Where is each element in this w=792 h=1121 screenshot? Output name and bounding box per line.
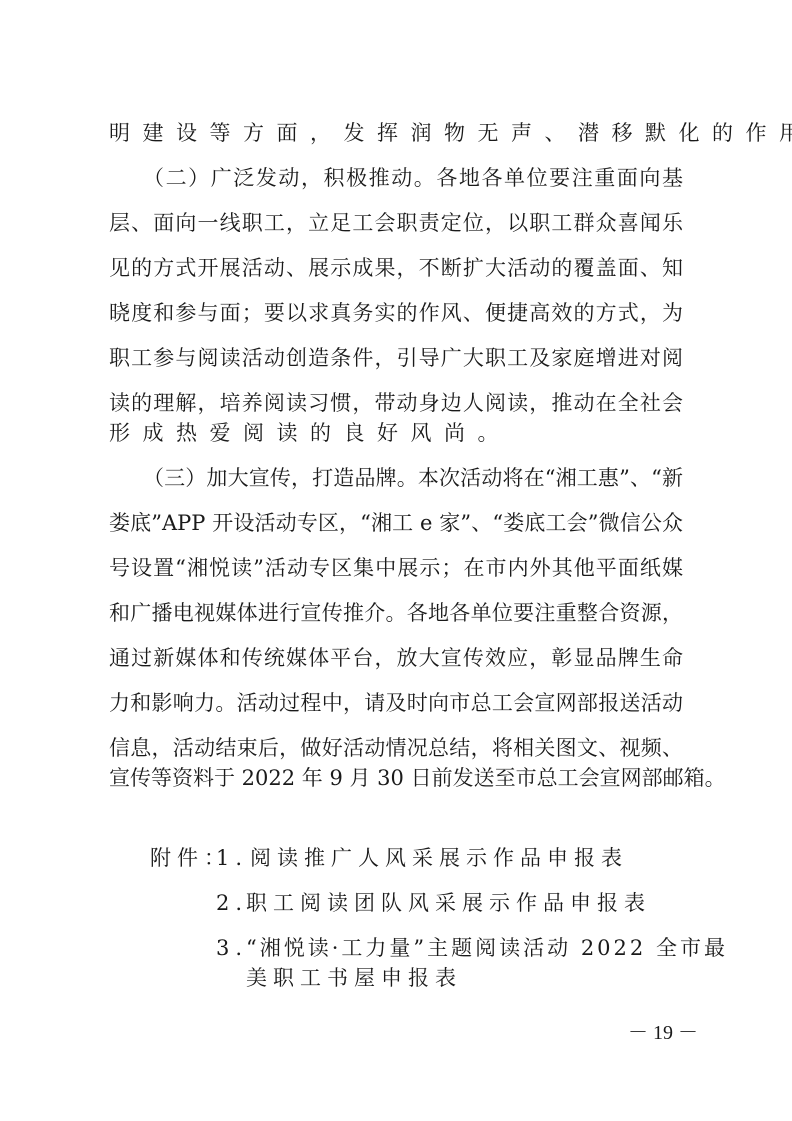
attachment-title: 职工阅读团队风采展示作品申报表: [246, 888, 651, 918]
paragraph-line: 明建设等方面，发挥润物无声、潜移默化的作用。: [109, 118, 683, 148]
paragraph-line: 职工参与阅读活动创造条件，引导广大职工及家庭增进对阅: [109, 343, 683, 373]
paragraph-line: 力和影响力。活动过程中，请及时向市总工会宣网部报送活动: [109, 688, 683, 718]
paragraph-line: 娄底”APP 开设活动专区，“湘工 e 家”、“娄底工会”微信公众: [109, 508, 683, 538]
paragraph-line: 信息，活动结束后，做好活动情况总结，将相关图文、视频、: [109, 733, 683, 763]
paragraph-line: 读的理解，培养阅读习惯，带动身边人阅读，推动在全社会: [109, 388, 683, 418]
paragraph-line: 见的方式开展活动、展示成果，不断扩大活动的覆盖面、知: [109, 253, 683, 283]
paragraph-line: 宣传等资料于 2022 年 9 月 30 日前发送至市总工会宣网部邮箱。: [109, 763, 683, 793]
paragraph-line: 通过新媒体和传统媒体平台，放大宣传效应，彰显品牌生命: [109, 643, 683, 673]
attachment-number: 2.: [216, 888, 248, 918]
document-page: 明建设等方面，发挥润物无声、潜移默化的作用。 （二）广泛发动，积极推动。各地各单…: [0, 0, 792, 1121]
section-2-heading-line: （二）广泛发动，积极推动。各地各单位要注重面向基: [143, 163, 683, 193]
attachment-number: 1.: [216, 843, 248, 873]
attachment-title-continued: 美职工书屋申报表: [246, 963, 462, 993]
paragraph-line: 号设置“湘悦读”活动专区集中展示；在市内外其他平面纸媒: [109, 553, 683, 583]
paragraph-line: 和广播电视媒体进行宣传推介。各地各单位要注重整合资源，: [109, 598, 683, 628]
paragraph-line: 晓度和参与面；要以求真务实的作风、便捷高效的方式，为: [109, 298, 683, 328]
paragraph-line: 形成热爱阅读的良好风尚。: [109, 418, 683, 448]
section-3-heading-line: （三）加大宣传，打造品牌。本次活动将在“湘工惠”、“新: [143, 463, 683, 493]
attachment-number: 3.: [216, 933, 248, 963]
paragraph-line: 层、面向一线职工，立足工会职责定位，以职工群众喜闻乐: [109, 208, 683, 238]
page-number: － 19 －: [628, 1020, 698, 1046]
attachment-title: 阅读推广人风采展示作品申报表: [250, 843, 628, 873]
attachment-title: “湘悦读·工力量”主题阅读活动 2022 全市最: [246, 933, 728, 963]
